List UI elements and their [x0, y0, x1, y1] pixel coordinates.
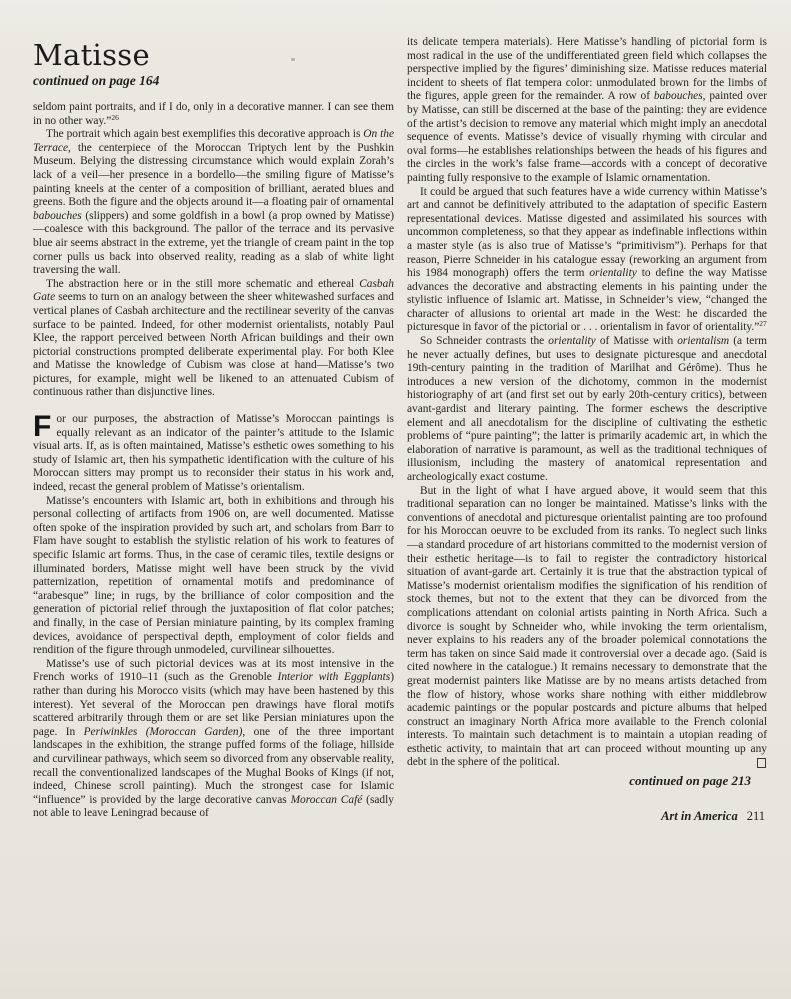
italic-text-run: Periwinkles (Moroccan Garden)	[84, 726, 243, 738]
text-run: The abstraction here or in the still mor…	[46, 278, 359, 290]
scan-speck	[291, 58, 295, 61]
paragraph: But in the light of what I have argued a…	[407, 485, 767, 770]
text-run: (a term he never actually defines, but u…	[407, 335, 767, 483]
italic-text-run: Interior with Eggplants	[278, 671, 391, 683]
journal-name: Art in America	[661, 809, 738, 823]
paragraph: The abstraction here or in the still mor…	[33, 278, 394, 400]
paragraph: For our purposes, the abstraction of Mat…	[33, 413, 394, 495]
right-column: its delicate tempera materials). Here Ma…	[407, 0, 767, 823]
article-title: Matisse	[33, 40, 394, 71]
left-column: Matisse continued on page 164 seldom pai…	[33, 0, 394, 823]
paragraph: Matisse’s encounters with Islamic art, b…	[33, 495, 394, 658]
text-run: So Schneider contrasts the	[420, 335, 548, 347]
right-column-text: its delicate tempera materials). Here Ma…	[407, 36, 767, 770]
paragraph: So Schneider contrasts the orientality o…	[407, 335, 767, 485]
paragraph: It could be argued that such features ha…	[407, 186, 767, 336]
text-run: But in the light of what I have argued a…	[407, 485, 767, 769]
continued-on-note: continued on page 213	[407, 773, 767, 788]
text-run: , the centerpiece of the Moroccan Tripty…	[33, 142, 394, 208]
drop-cap: F	[33, 414, 51, 439]
text-run: seems to turn on an analogy between the …	[33, 291, 394, 398]
text-run: It could be argued that such features ha…	[407, 186, 767, 280]
continued-from-note: continued on page 164	[33, 73, 394, 88]
page-number: 211	[747, 809, 765, 823]
left-column-text: seldom paint portraits, and if I do, onl…	[33, 101, 394, 821]
text-run: or our purposes, the abstraction of Mati…	[33, 413, 394, 493]
paragraph: its delicate tempera materials). Here Ma…	[407, 36, 767, 186]
magazine-page: Matisse continued on page 164 seldom pai…	[0, 0, 791, 999]
italic-text-run: orientalism	[677, 335, 729, 347]
text-run: (slippers) and some goldfish in a bowl (…	[33, 210, 394, 276]
paragraph: The portrait which again best exemplifie…	[33, 128, 394, 278]
text-run: The portrait which again best exemplifie…	[46, 128, 363, 140]
italic-text-run: babouches	[33, 210, 82, 222]
paragraph: Matisse’s use of such pictorial devices …	[33, 658, 394, 821]
text-run: Matisse’s encounters with Islamic art, b…	[33, 495, 394, 657]
article-columns: Matisse continued on page 164 seldom pai…	[0, 0, 791, 823]
end-of-article-mark	[757, 758, 766, 768]
text-run: , painted over by Matisse, can still be …	[407, 90, 767, 184]
footer-journal-line: Art in America211	[407, 809, 767, 823]
italic-text-run: Moroccan Café	[291, 794, 363, 806]
footnote-reference: 27	[759, 319, 767, 328]
italic-text-run: babouches	[654, 90, 703, 102]
text-run: of Matisse with	[596, 335, 677, 347]
italic-text-run: orientality	[548, 335, 595, 347]
text-run: seldom paint portraits, and if I do, onl…	[33, 101, 394, 127]
footnote-reference: 26	[111, 113, 119, 122]
article-header: Matisse continued on page 164	[33, 40, 394, 88]
italic-text-run: orientality	[589, 267, 636, 279]
paragraph: seldom paint portraits, and if I do, onl…	[33, 101, 394, 128]
